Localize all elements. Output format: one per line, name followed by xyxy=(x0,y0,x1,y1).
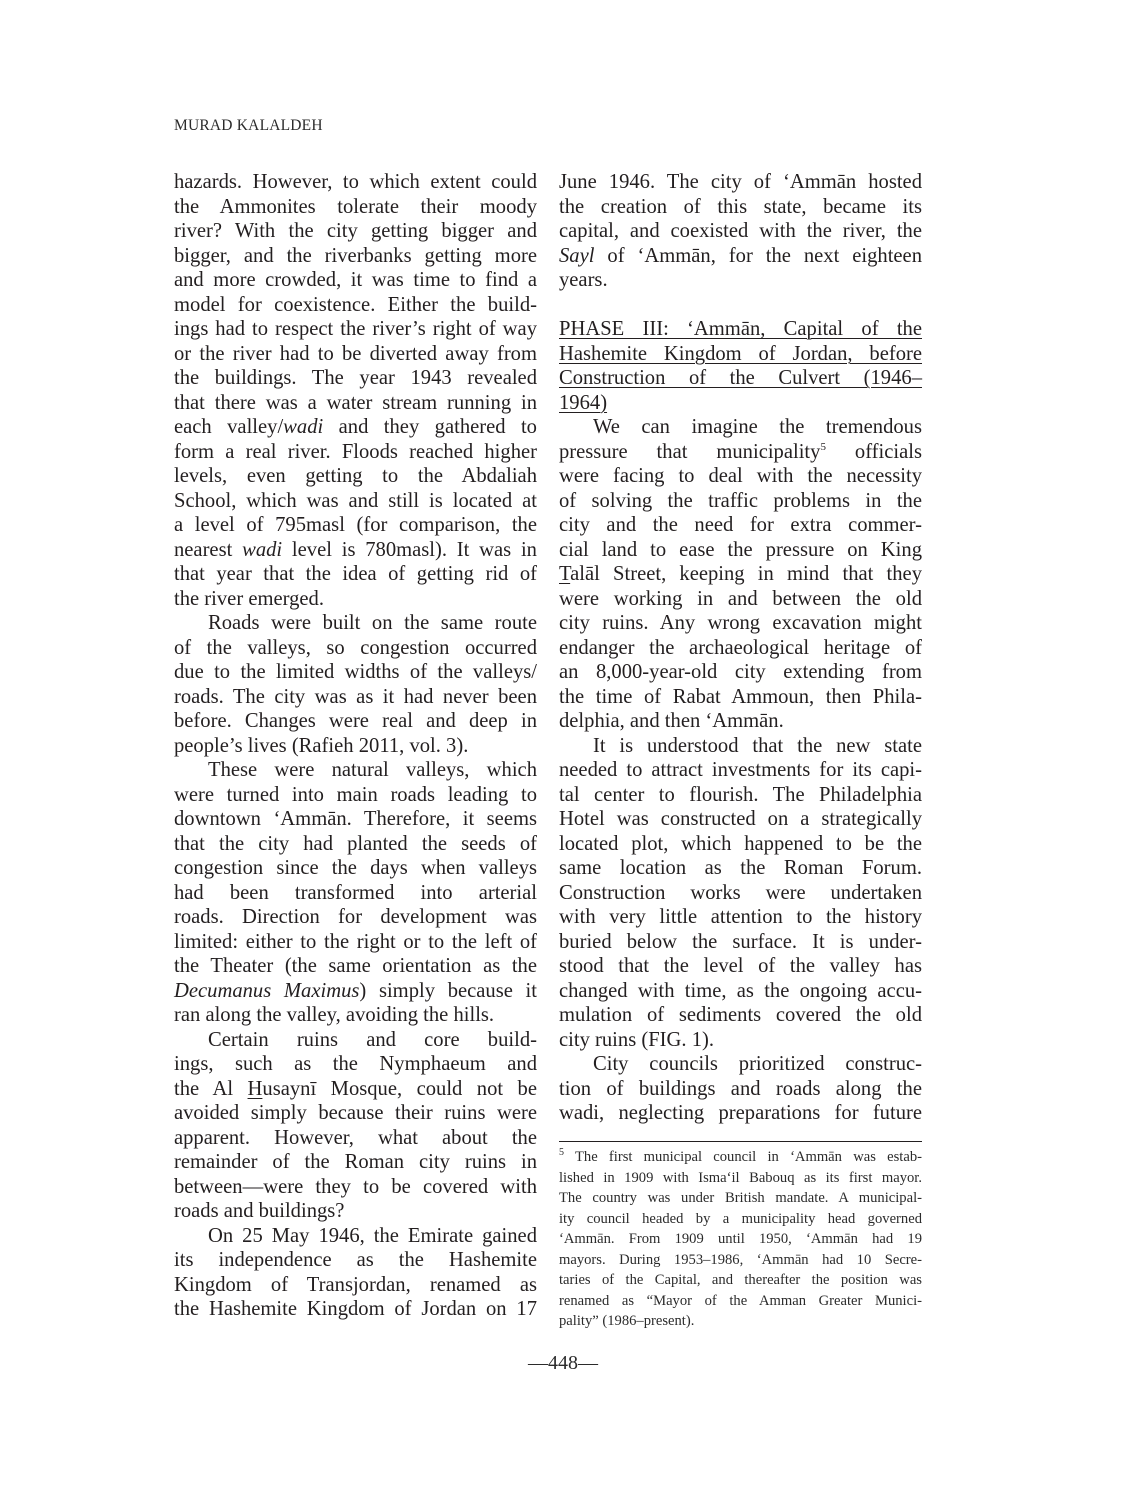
text-line: its independence as the Hashemite xyxy=(174,1248,537,1273)
text-line: stood that the level of the valley has xyxy=(559,954,922,979)
text-line: June 1946. The city of ‘Ammān hosted xyxy=(559,170,922,195)
italic-term: Sayl xyxy=(559,245,594,267)
text-line: tion of buildings and roads along the xyxy=(559,1077,922,1102)
text-line: city ruins (FIG. 1). xyxy=(559,1028,922,1053)
section-heading-line: Construction of the Culvert (1946– xyxy=(559,366,922,391)
text-line: roads. The city was as it had never been xyxy=(174,685,537,710)
text-line: and more crowded, it was time to find a xyxy=(174,268,537,293)
text-line: city ruins. Any wrong excavation might xyxy=(559,611,922,636)
text-line: Construction works were undertaken xyxy=(559,881,922,906)
right-column: June 1946. The city of ‘Ammān hostedthe … xyxy=(559,170,922,1126)
footnote-line: The country was under British mandate. A… xyxy=(559,1188,922,1209)
text-line: bigger, and the riverbanks getting more xyxy=(174,244,537,269)
text-line: capital, and coexisted with the river, t… xyxy=(559,219,922,244)
transliteration-underlined-letter: H xyxy=(248,1078,263,1100)
text-run: nearest xyxy=(174,539,242,561)
text-line: people’s lives (Rafieh 2011, vol. 3). xyxy=(174,734,537,759)
text-line: before. Changes were real and deep in xyxy=(174,709,537,734)
text-run: and they gathered to xyxy=(323,416,537,438)
text-line: Certain ruins and core build- xyxy=(174,1028,537,1053)
text-line: were facing to deal with the necessity xyxy=(559,464,922,489)
text-line: located plot, which happened to be the xyxy=(559,832,922,857)
text-line: the river emerged. xyxy=(174,587,537,612)
text-line: roads and buildings? xyxy=(174,1199,537,1224)
text-line: Roads were built on the same route xyxy=(174,611,537,636)
text-line: buried below the surface. It is under- xyxy=(559,930,922,955)
text-line: of solving the traffic problems in the xyxy=(559,489,922,514)
text-line: downtown ‘Ammān. Therefore, it seems xyxy=(174,807,537,832)
text-line: apparent. However, what about the xyxy=(174,1126,537,1151)
text-line: Decumanus Maximus) simply because it xyxy=(174,979,537,1004)
text-line: that there was a water stream running in xyxy=(174,391,537,416)
text-line: each valley/wadi and they gathered to xyxy=(174,415,537,440)
text-line: or the river had to be diverted away fro… xyxy=(174,342,537,367)
right-column-text-after-heading: We can imagine the tremendouspressure th… xyxy=(559,415,922,1126)
text-line: of the valleys, so congestion occurred xyxy=(174,636,537,661)
footnote-text: ity council headed by a municipality hea… xyxy=(559,1211,922,1227)
text-line: School, which was and still is located a… xyxy=(174,489,537,514)
text-line: levels, even getting to the Abdaliah xyxy=(174,464,537,489)
text-line: On 25 May 1946, the Emirate gained xyxy=(174,1224,537,1249)
section-heading-line: PHASE III: ‘Ammān, Capital of the xyxy=(559,317,922,342)
text-line: that the city had planted the seeds of xyxy=(174,832,537,857)
heading-text: 1964) xyxy=(559,392,607,414)
text-line: the creation of this state, became its xyxy=(559,195,922,220)
text-run: usaynī Mosque, could not be xyxy=(262,1078,537,1100)
footnote-line: pality” (1986–present). xyxy=(559,1311,922,1332)
footnote-line: mayors. During 1953–1986, ‘Ammān had 10 … xyxy=(559,1250,922,1271)
footnote-text: The country was under British mandate. A… xyxy=(559,1190,922,1206)
left-column: hazards. However, to which extent couldt… xyxy=(174,170,537,1322)
text-line: Sayl of ‘Ammān, for the next eighteen xyxy=(559,244,922,269)
text-run: of ‘Ammān, for the next eighteen xyxy=(594,245,922,267)
text-line: delphia, and then ‘Ammān. xyxy=(559,709,922,734)
text-line: ran along the valley, avoiding the hills… xyxy=(174,1003,537,1028)
text-line: due to the limited widths of the valleys… xyxy=(174,660,537,685)
text-line: an 8,000-year-old city extending from xyxy=(559,660,922,685)
text-line: City councils prioritized construc- xyxy=(559,1052,922,1077)
text-line: pressure that municipality5 officials xyxy=(559,440,922,465)
footnote-line: lished in 1909 with Isma‘il Babouq as it… xyxy=(559,1168,922,1189)
transliteration-underlined-letter: T xyxy=(559,563,570,585)
heading-text: PHASE III: ‘Ammān, Capital of the xyxy=(559,318,922,340)
text-line: changed with time, as the ongoing accu- xyxy=(559,979,922,1004)
footnote-text: ‘Ammān. From 1909 until 1950, ‘Ammān had… xyxy=(559,1231,922,1247)
footnote-text: lished in 1909 with Isma‘il Babouq as it… xyxy=(559,1170,922,1186)
text-line: river? With the city getting bigger and xyxy=(174,219,537,244)
text-line: the Al Husaynī Mosque, could not be xyxy=(174,1077,537,1102)
text-run: the Al xyxy=(174,1078,248,1100)
text-line: congestion since the days when valleys xyxy=(174,856,537,881)
footnote-text: taries of the Capital, and thereafter th… xyxy=(559,1272,922,1288)
text-line: were working in and between the old xyxy=(559,587,922,612)
page-number: —448— xyxy=(0,1352,1126,1375)
text-line: the buildings. The year 1943 revealed xyxy=(174,366,537,391)
text-line: needed to attract investments for its ca… xyxy=(559,758,922,783)
heading-text: Hashemite Kingdom of Jordan, before xyxy=(559,343,922,365)
footnote-line: ‘Ammān. From 1909 until 1950, ‘Ammān had… xyxy=(559,1229,922,1250)
text-line: that year that the idea of getting rid o… xyxy=(174,562,537,587)
text-line: with very little attention to the histor… xyxy=(559,905,922,930)
text-line: ings had to respect the river’s right of… xyxy=(174,317,537,342)
heading-text: Construction of the Culvert (1946– xyxy=(559,367,922,389)
text-line: the Hashemite Kingdom of Jordan on 17 xyxy=(174,1297,537,1322)
text-line: limited: either to the right or to the l… xyxy=(174,930,537,955)
footnote-line: ity council headed by a municipality hea… xyxy=(559,1209,922,1230)
text-line: cial land to ease the pressure on King xyxy=(559,538,922,563)
section-heading-line: Hashemite Kingdom of Jordan, before xyxy=(559,342,922,367)
text-line: These were natural valleys, which xyxy=(174,758,537,783)
footnote: 5 The first municipal council in ‘Ammān … xyxy=(559,1141,922,1332)
footnote-text: The first municipal council in ‘Ammān wa… xyxy=(564,1149,922,1165)
text-line: Talāl Street, keeping in mind that they xyxy=(559,562,922,587)
right-column-text-before-heading: June 1946. The city of ‘Ammān hostedthe … xyxy=(559,170,922,293)
text-run: ) simply because it xyxy=(359,980,537,1002)
text-line: hazards. However, to which extent could xyxy=(174,170,537,195)
italic-term: wadi xyxy=(242,539,282,561)
text-line: the time of Rabat Ammoun, then Phila- xyxy=(559,685,922,710)
text-line: a level of 795masl (for comparison, the xyxy=(174,513,537,538)
text-line: Kingdom of Transjordan, renamed as xyxy=(174,1273,537,1298)
text-line: We can imagine the tremendous xyxy=(559,415,922,440)
text-line: city and the need for extra commer- xyxy=(559,513,922,538)
heading-spacer xyxy=(559,293,922,318)
text-line: tal center to flourish. The Philadelphia xyxy=(559,783,922,808)
text-line: mulation of sediments covered the old xyxy=(559,1003,922,1028)
text-line: between—were they to be covered with xyxy=(174,1175,537,1200)
footnote-line: taries of the Capital, and thereafter th… xyxy=(559,1270,922,1291)
text-line: the Theater (the same orientation as the xyxy=(174,954,537,979)
text-line: model for coexistence. Either the build- xyxy=(174,293,537,318)
text-line: form a real river. Floods reached higher xyxy=(174,440,537,465)
text-line: years. xyxy=(559,268,922,293)
text-run: each valley/ xyxy=(174,416,283,438)
text-run: alāl Street, keeping in mind that they xyxy=(570,563,922,585)
text-line: remainder of the Roman city ruins in xyxy=(174,1150,537,1175)
text-line: the Ammonites tolerate their moody xyxy=(174,195,537,220)
footnote-text: pality” (1986–present). xyxy=(559,1313,694,1329)
italic-term: wadi xyxy=(283,416,323,438)
text-line: endanger the archaeological heritage of xyxy=(559,636,922,661)
section-heading-line: 1964) xyxy=(559,391,922,416)
footnote-line: 5 The first municipal council in ‘Ammān … xyxy=(559,1147,922,1168)
text-line: same location as the Roman Forum. xyxy=(559,856,922,881)
text-line: had been transformed into arterial xyxy=(174,881,537,906)
text-line: Hotel was constructed on a strategically xyxy=(559,807,922,832)
footnote-line: renamed as “Mayor of the Amman Greater M… xyxy=(559,1291,922,1312)
running-head: MURAD KALALDEH xyxy=(174,117,323,135)
text-run: level is 780masl). It was in xyxy=(282,539,537,561)
text-run: officials xyxy=(826,441,922,463)
section-heading: PHASE III: ‘Ammān, Capital of theHashemi… xyxy=(559,317,922,415)
text-line: roads. Direction for development was xyxy=(174,905,537,930)
text-line: ings, such as the Nymphaeum and xyxy=(174,1052,537,1077)
italic-term: Decumanus Maximus xyxy=(174,980,359,1002)
text-line: It is understood that the new state xyxy=(559,734,922,759)
text-line: wadi, neglecting preparations for future xyxy=(559,1101,922,1126)
text-line: nearest wadi level is 780masl). It was i… xyxy=(174,538,537,563)
text-line: avoided simply because their ruins were xyxy=(174,1101,537,1126)
text-line: were turned into main roads leading to xyxy=(174,783,537,808)
footnote-text: mayors. During 1953–1986, ‘Ammān had 10 … xyxy=(559,1252,922,1268)
footnote-text: renamed as “Mayor of the Amman Greater M… xyxy=(559,1293,922,1309)
text-run: pressure that municipality xyxy=(559,441,820,463)
